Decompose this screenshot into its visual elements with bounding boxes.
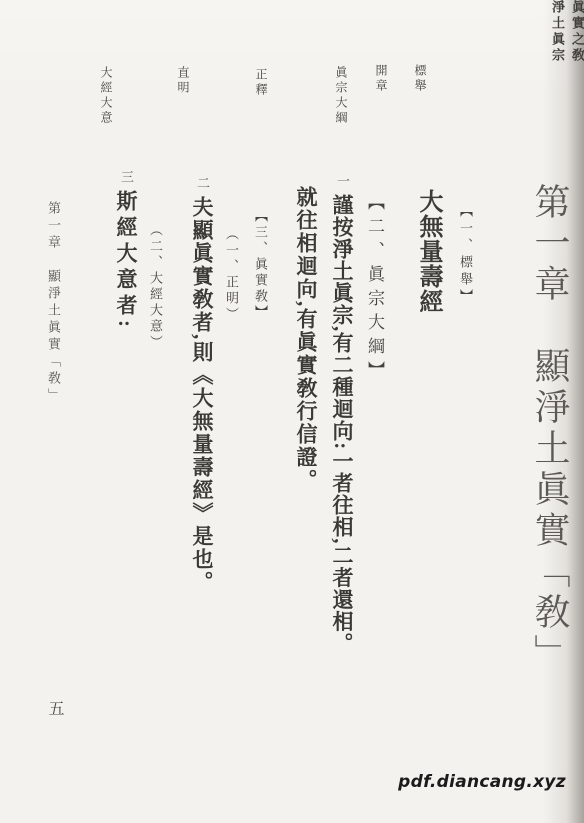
chapter-title: 第一章 顯淨土眞實「敎」 (532, 183, 568, 675)
paragraph-3-text: 斯經大意者: (114, 190, 138, 332)
margin-annotation-zhenzong-dagang: 眞宗大綱 (335, 66, 347, 126)
paragraph-3: 三斯經大意者: (115, 170, 136, 332)
section-subheader-4: （二、大經大意） (149, 223, 162, 351)
paragraph-2: 二夫顯眞實敎者,則《大無量壽經》是也。 (191, 176, 212, 594)
paragraph-1-continued: 就往相迴向,有眞實敎行信證。 (295, 186, 316, 492)
paragraph-1-continued-text: 就往相迴向,有眞實敎行信證。 (294, 186, 318, 492)
paragraph-2-text: 夫顯眞實敎者,則《大無量壽經》是也。 (190, 196, 214, 594)
sutra-annotation-left: 淨土眞宗 (551, 0, 564, 64)
section-subheader-3: （一、正明） (225, 227, 238, 323)
paragraph-1: 一謹按淨土眞宗,有二種迴向:一者往相,二者還相。 (331, 174, 352, 655)
watermark-url: pdf.diancang.xyz (398, 772, 566, 792)
sutra-annotations: 眞實之敎 淨土眞宗 (0, 0, 584, 64)
margin-annotation-biaoju: 標舉 (414, 64, 426, 94)
paragraph-3-number: 三 (119, 170, 134, 183)
margin-annotation-dajing-dayi: 大經大意 (100, 66, 112, 126)
section-header-3: 【三、眞實敎】 (254, 209, 267, 321)
margin-annotation-zhiming: 直明 (177, 66, 189, 96)
margin-annotation-zhengshi: 正釋 (255, 68, 267, 98)
book-page: 標舉 開章 眞宗大綱 正釋 直明 大經大意 第一章 顯淨土眞實「敎」 【一、標舉… (0, 0, 584, 823)
paragraph-2-number: 二 (195, 176, 210, 189)
paragraph-1-number: 一 (335, 174, 350, 187)
section-header-2: 【二、眞宗大綱】 (366, 193, 383, 385)
sutra-annotation-right: 眞實之敎 (571, 0, 584, 64)
sutra-title: 大無量壽經 (416, 189, 440, 314)
margin-annotation-kaizhang: 開章 (375, 64, 387, 94)
page-number: 五 (46, 700, 62, 716)
section-header-1: 【一、標舉】 (459, 204, 472, 306)
paragraph-1-text: 謹按淨土眞宗,有二種迴向:一者往相,二者還相。 (330, 194, 354, 655)
running-header: 第一章 顯淨土眞實「敎」 (47, 201, 60, 405)
